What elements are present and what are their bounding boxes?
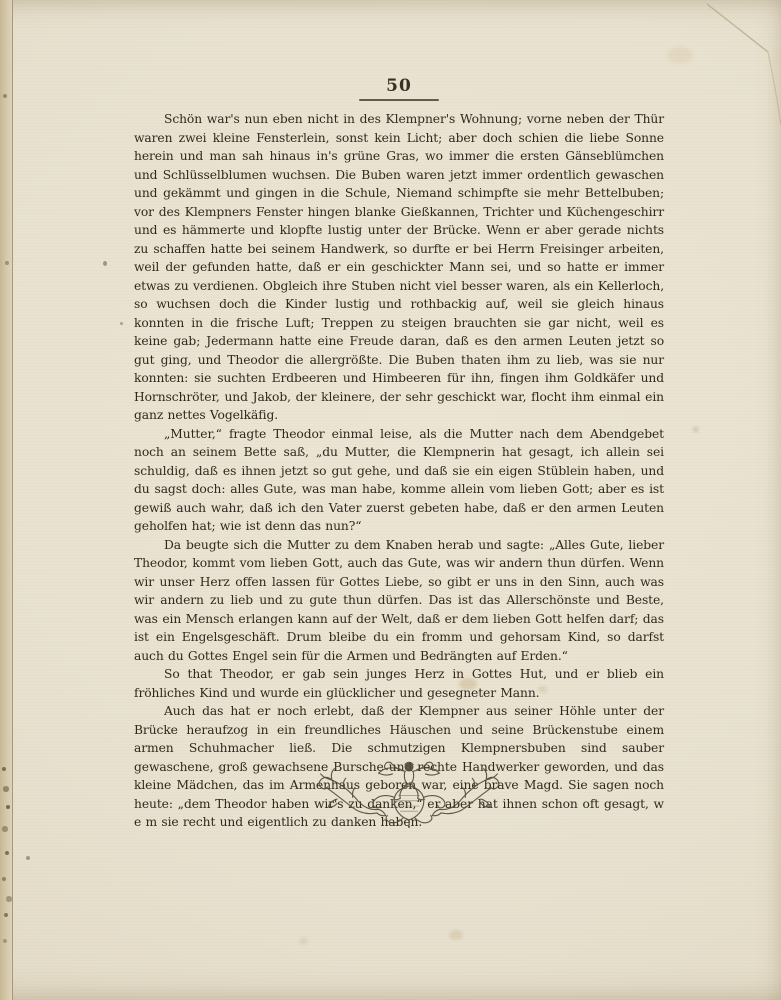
- foxing-spot: [300, 938, 307, 944]
- paragraph: „Mutter,“ fragte Theodor einmal leise, a…: [134, 425, 664, 536]
- binding-edge: [0, 0, 13, 1000]
- page-crease: [690, 0, 781, 130]
- foxing-spot: [449, 930, 463, 940]
- paragraph: Schön war's nun eben nicht in des Klempn…: [134, 110, 664, 425]
- putto-dolphins-vignette-icon: [318, 755, 500, 831]
- body-text: Schön war's nun eben nicht in des Klempn…: [134, 110, 664, 832]
- page-header: 50: [134, 76, 664, 101]
- foxing-spot: [120, 322, 123, 325]
- foxing-spot: [667, 47, 693, 63]
- foxing-spot: [538, 686, 547, 693]
- foxing-spot: [693, 427, 698, 432]
- foxing-spot: [459, 678, 477, 690]
- binding-dirt-specks: [0, 0, 2, 2]
- paragraph: Da beugte sich die Mutter zu dem Knaben …: [134, 536, 664, 666]
- book-page-scan: 50 Schön war's nun eben nicht in des Kle…: [0, 0, 781, 1000]
- foxing-spot: [26, 856, 30, 860]
- paragraph: So that Theodor, er gab sein junges Herz…: [134, 665, 664, 702]
- foxing-spot: [218, 766, 222, 770]
- page-number-rule: [359, 99, 439, 101]
- page-number: 50: [134, 76, 664, 96]
- foxing-spot: [103, 261, 107, 266]
